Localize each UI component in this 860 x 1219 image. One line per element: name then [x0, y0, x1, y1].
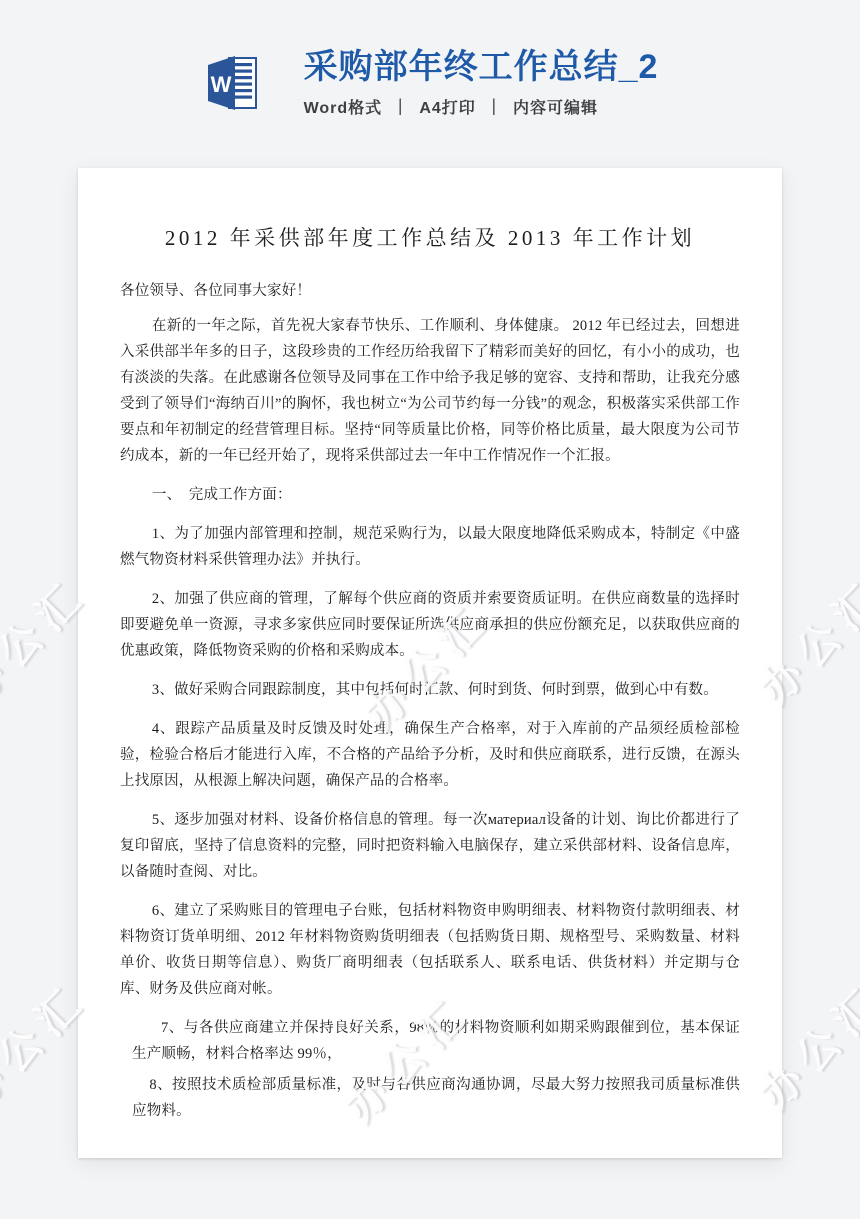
subtitle-editable: 内容可编辑 [513, 95, 598, 118]
doc-section-heading: 一、 完成工作方面： [120, 482, 740, 508]
subtitle-format: Word格式 [304, 95, 383, 118]
doc-paragraph-item-7: 7、与各供应商建立并保持良好关系，98％的材料物资顺利如期采购跟催到位，基本保证… [132, 1015, 740, 1067]
doc-paragraph-item-4: 4、跟踪产品质量及时反馈及时处理，确保生产合格率，对于入库前的产品须经质检部检验… [120, 716, 740, 794]
document-title: 2012 年采供部年度工作总结及 2013 年工作计划 [120, 222, 740, 252]
doc-paragraph-item-2: 2、加强了供应商的管理，了解每个供应商的资质并索要资质证明。在供应商数量的选择时… [120, 586, 740, 664]
doc-paragraph-item-1: 1、为了加强内部管理和控制，规范采购行为，以最大限度地降低采购成本，特制定《中盛… [120, 521, 740, 573]
doc-paragraph-item-5: 5、逐步加强对材料、设备价格信息的管理。每一次материал设备的计划、询比价… [120, 807, 740, 885]
doc-paragraph-greeting: 各位领导、各位同事大家好！ [120, 278, 740, 304]
file-subtitle: Word格式 | A4打印 | 内容可编辑 [304, 95, 659, 118]
svg-text:W: W [210, 72, 231, 97]
doc-paragraph-item-6: 6、建立了采购账目的管理电子台账，包括材料物资申购明细表、材料物资付款明细表、材… [120, 898, 740, 1002]
subtitle-separator: | [398, 97, 403, 117]
subtitle-print: A4打印 [419, 95, 475, 118]
doc-paragraph-item-8: 8、按照技术质检部质量标准，及时与各供应商沟通协调，尽最大努力按照我司质量标准供… [132, 1072, 740, 1124]
page-background: W 采购部年终工作总结_2 Word格式 | A4打印 | 内容可编辑 2012… [0, 0, 860, 1219]
header: W 采购部年终工作总结_2 Word格式 | A4打印 | 内容可编辑 [0, 48, 860, 118]
doc-paragraph-intro: 在新的一年之际，首先祝大家春节快乐、工作顺利、身体健康。 2012 年已经过去，… [120, 313, 740, 469]
subtitle-separator: | [492, 97, 497, 117]
doc-paragraph-item-3: 3、做好采购合同跟踪制度，其中包括何时汇款、何时到货、何时到票，做到心中有数。 [120, 677, 740, 703]
file-title: 采购部年终工作总结_2 [304, 48, 659, 87]
word-logo-icon: W [202, 53, 258, 113]
header-text: 采购部年终工作总结_2 Word格式 | A4打印 | 内容可编辑 [304, 48, 659, 118]
document-page: 2012 年采供部年度工作总结及 2013 年工作计划 各位领导、各位同事大家好… [78, 168, 782, 1158]
